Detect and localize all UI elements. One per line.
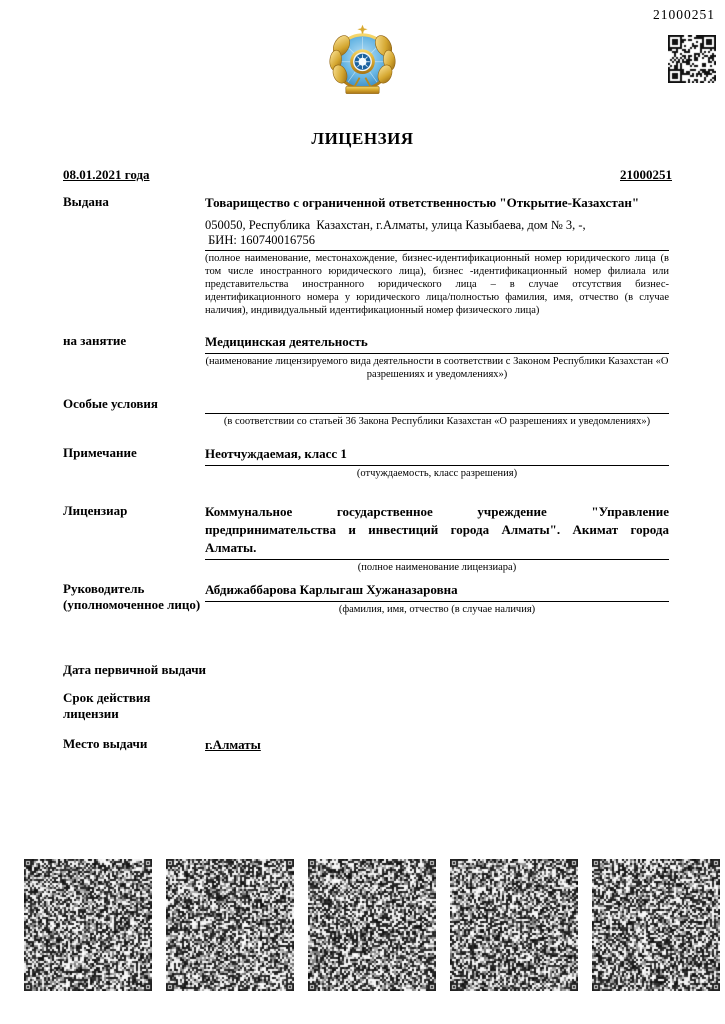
licensee-name: Товарищество с ограниченной ответственно… — [205, 194, 669, 212]
field-caption: (наименование лицензируемого вида деятел… — [205, 354, 669, 381]
field-caption: (фамилия, имя, отчество (в случае наличи… — [205, 602, 669, 616]
license-fields: Выдана Товарищество с ограниченной ответ… — [63, 194, 669, 754]
field-caption: (в соответствии со статьей 36 Закона Рес… — [205, 414, 669, 428]
license-number: 21000251 — [620, 167, 672, 183]
activity-value: Медицинская деятельность — [205, 333, 669, 354]
bin-line: БИН: 160740016756 — [205, 233, 315, 247]
document-number-top: 21000251 — [653, 7, 715, 23]
label-line: лицензии — [63, 706, 119, 721]
field-issued-to: Выдана Товарищество с ограниченной ответ… — [63, 194, 669, 317]
head-name: Абдижаббарова Карлыгаш Хужаназаровна — [205, 581, 669, 602]
field-caption: (полное наименование лицензиара) — [205, 560, 669, 574]
page-title: ЛИЦЕНЗИЯ — [0, 129, 725, 149]
field-head: Руководитель(уполномоченное лицо) Абдижа… — [63, 581, 669, 616]
note-value: Неотчуждаемая, класс 1 — [205, 445, 669, 466]
label-line: Срок действия — [63, 690, 150, 705]
field-licensor: Лицензиар Коммунальное государственное у… — [63, 503, 669, 574]
special-conditions-value — [205, 396, 669, 414]
field-validity: Срок действиялицензии — [63, 690, 669, 722]
field-caption: (полное наименование, местонахождение, б… — [205, 251, 669, 317]
signature-stamp-barcode — [166, 859, 294, 991]
label-line: (уполномоченное лицо) — [63, 597, 200, 612]
address-line: 050050, Республика Казахстан, г.Алматы, … — [205, 218, 586, 232]
signature-stamp-barcode — [592, 859, 720, 991]
issue-date: 08.01.2021 года — [63, 167, 150, 183]
date-number-row: 08.01.2021 года 21000251 — [63, 167, 672, 183]
field-label: Примечание — [63, 445, 205, 461]
field-label: Срок действиялицензии — [63, 690, 205, 722]
kazakhstan-emblem-icon — [326, 24, 399, 98]
field-first-issue-date: Дата первичной выдачи — [63, 662, 669, 678]
field-activity: на занятие Медицинская деятельность (наи… — [63, 333, 669, 381]
field-label: Особые условия — [63, 396, 205, 412]
signature-stamp-barcode — [24, 859, 152, 991]
field-label: Руководитель(уполномоченное лицо) — [63, 581, 205, 613]
licensee-address: 050050, Республика Казахстан, г.Алматы, … — [205, 218, 669, 251]
field-label: Место выдачи — [63, 736, 205, 752]
signature-stamp-barcode — [308, 859, 436, 991]
signature-stamps-row — [24, 859, 720, 991]
field-special-conditions: Особые условия (в соответствии со статье… — [63, 396, 669, 428]
license-document-page: { "colors": { "ink": "#000000", "paper":… — [0, 0, 725, 1024]
field-label: Лицензиар — [63, 503, 205, 519]
field-note: Примечание Неотчуждаемая, класс 1 (отчуж… — [63, 445, 669, 480]
field-label: на занятие — [63, 333, 205, 349]
qr-code-icon — [668, 35, 716, 83]
licensor-value: Коммунальное государственное учреждение … — [205, 503, 669, 560]
field-place-of-issue: Место выдачи г.Алматы — [63, 736, 669, 754]
place-of-issue-value: г.Алматы — [205, 737, 261, 752]
label-line: Руководитель — [63, 581, 144, 596]
signature-stamp-barcode — [450, 859, 578, 991]
field-label: Выдана — [63, 194, 205, 210]
field-label: Дата первичной выдачи — [63, 662, 205, 678]
field-caption: (отчуждаемость, класс разрешения) — [205, 466, 669, 480]
